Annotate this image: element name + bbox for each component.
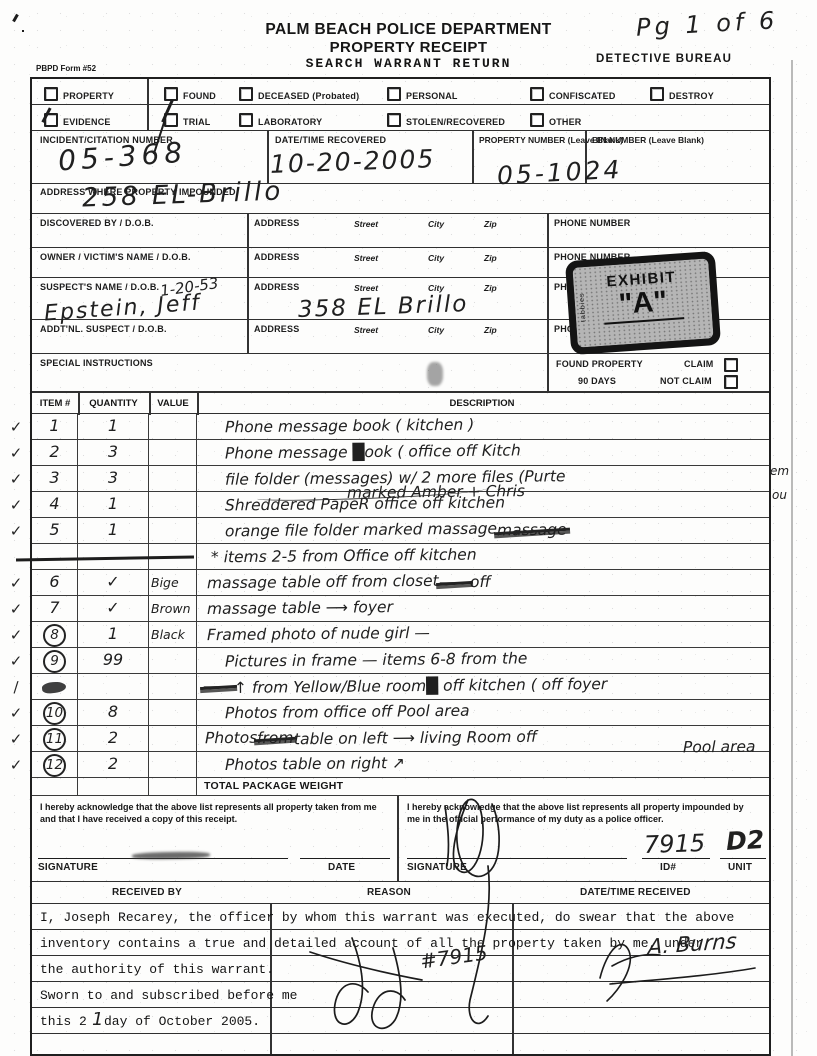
checkbox-square-icon	[650, 87, 664, 101]
item-value: Brown	[149, 601, 191, 616]
typed-text: inventory contains a true and detailed a…	[40, 936, 703, 951]
value-cell	[149, 778, 197, 795]
item-quantity: 3	[108, 468, 118, 487]
item-description: table on left ⟶ living Room off	[294, 725, 537, 753]
phone-label: PHONE NUMBER	[554, 218, 630, 228]
total-package-weight-label: TOTAL PACKAGE WEIGHT	[204, 780, 343, 792]
checkbox-label: PROPERTY	[63, 91, 114, 101]
checkbox-square-icon	[44, 87, 58, 101]
received-by-label: RECEIVED BY	[112, 887, 182, 898]
ack-left-text: I hereby acknowledge that the above list…	[40, 801, 380, 825]
zip-label: Zip	[484, 253, 497, 263]
description-cell: —— ↑ from Yellow/Blue room█ off kitchen …	[197, 674, 769, 699]
cell-divider	[147, 79, 149, 105]
item-number-cell: 7	[32, 596, 78, 621]
exhibit-letter: "A"	[602, 285, 685, 325]
cell-divider	[397, 796, 399, 882]
quantity-cell: 1	[78, 414, 149, 439]
margin-checkmark: ✓	[5, 518, 27, 544]
item-value	[149, 705, 151, 720]
pen-scribble	[41, 681, 66, 694]
item-number: 5	[49, 520, 59, 539]
item-description: Phone message book ( kitchen )	[225, 413, 474, 441]
ninety-days-label: 90 DAYS	[578, 376, 616, 386]
margin-checkmark: ✓	[5, 596, 27, 622]
sworn-line-5: this 2 1 day of October 2005.	[32, 1008, 769, 1034]
item-quantity: 1	[108, 416, 118, 435]
address-label: ADDRESS	[254, 282, 299, 292]
cell-divider	[247, 320, 249, 354]
value-cell	[149, 752, 197, 777]
col-value-header: VALUE	[149, 393, 197, 414]
ack-right-text: I hereby acknowledge that the above list…	[407, 801, 757, 825]
item-number-cell	[32, 544, 78, 569]
quantity-cell: 2	[78, 726, 149, 751]
sworn-line-3: the authority of this warrant.	[32, 956, 769, 982]
item-value	[149, 757, 151, 772]
checkbox-label: STOLEN/RECOVERED	[406, 117, 505, 127]
cell-divider	[547, 278, 549, 320]
unit-value-handwritten: D2	[725, 825, 765, 856]
quantity-cell: 8	[78, 700, 149, 725]
item-quantity: 3	[108, 442, 118, 461]
datetime-received-label: DATE/TIME RECEIVED	[580, 887, 691, 898]
struck-word: massage	[497, 518, 567, 544]
description-cell: * items 2-5 from Office off kitchen	[197, 544, 769, 569]
margin-note: ou	[772, 488, 787, 502]
item-note-row: * items 2-5 from Office off kitchen	[32, 544, 769, 570]
checkbox-label: PERSONAL	[406, 91, 458, 101]
street-label: Street	[354, 219, 378, 229]
address-label: ADDRESS	[254, 218, 299, 228]
item-description: massage table off from closet	[207, 569, 439, 596]
item-value	[149, 653, 151, 668]
item-description: off	[470, 570, 491, 595]
checkbox-label: LABORATORY	[258, 117, 322, 127]
total-weight-row: TOTAL PACKAGE WEIGHT	[32, 778, 769, 796]
margin-note: em	[770, 464, 789, 478]
cell-divider	[547, 214, 549, 248]
item-description: Photos from office off Pool area	[225, 699, 470, 727]
address-label: ADDRESS	[254, 252, 299, 262]
date-label: DATE	[328, 862, 355, 873]
margin-checkmark: ✓	[5, 414, 27, 440]
value-cell	[149, 674, 197, 699]
checkbox-square-icon	[530, 87, 544, 101]
exhibit-sticker: EXHIBIT "A" tabbies	[565, 251, 721, 355]
item-description: Photos table on right ↗	[225, 751, 405, 778]
item-number-cell: 6	[32, 570, 78, 595]
margin-checkmark: ✓	[5, 440, 27, 466]
signature-label: SIGNATURE	[38, 862, 98, 873]
item-row-11: ✓ 11 2 Photos from table on left ⟶ livin…	[32, 726, 769, 752]
checkbox-square-icon	[239, 113, 253, 127]
found-property-label: FOUND PROPERTY	[556, 359, 643, 369]
not-claim-checkbox-icon	[724, 375, 738, 389]
unit-label: UNIT	[728, 862, 752, 873]
item-number-cell	[32, 778, 78, 795]
value-cell: Black	[149, 622, 197, 647]
typed-text: day of October 2005.	[104, 1014, 260, 1029]
item-row-5: ✓ 5 1 orange file folder marked massage …	[32, 518, 769, 544]
quantity-cell: 99	[78, 648, 149, 673]
typed-text: I, Joseph Recarey, the officer by whom t…	[40, 910, 734, 925]
quantity-cell: ✓	[78, 570, 149, 595]
classification-row-1: PROPERTY FOUND DECEASED (Probated) PERSO…	[32, 79, 769, 105]
special-instructions-label: SPECIAL INSTRUCTIONS	[40, 358, 153, 368]
item-quantity: 2	[108, 728, 118, 747]
value-cell	[149, 440, 197, 465]
cell-divider	[547, 320, 549, 354]
margin-checkmark: ✓	[5, 752, 27, 778]
checkbox-property: PROPERTY	[44, 86, 114, 104]
item-quantity: 1	[108, 520, 118, 539]
cell-divider	[472, 131, 474, 184]
street-label: Street	[354, 325, 378, 335]
description-cell: Photos from office off Pool area	[197, 700, 769, 725]
quantity-cell: 1	[78, 492, 149, 517]
checkbox-label: OTHER	[549, 117, 582, 127]
checkbox-laboratory: LABORATORY	[239, 112, 322, 130]
special-instructions-row: SPECIAL INSTRUCTIONS FOUND PROPERTY CLAI…	[32, 354, 769, 392]
cell-divider	[547, 248, 549, 278]
id-value-handwritten: 7915	[644, 829, 706, 859]
quantity-cell: 2	[78, 752, 149, 777]
item-number-cell: 5	[32, 518, 78, 543]
received-by-header-row: RECEIVED BY REASON DATE/TIME RECEIVED	[32, 882, 769, 904]
unit-line	[720, 858, 766, 859]
checkbox-square-icon	[239, 87, 253, 101]
signature-line	[407, 858, 627, 859]
discovered-by-label: DISCOVERED BY / D.O.B.	[40, 218, 154, 228]
checkbox-label: EVIDENCE	[63, 117, 111, 127]
typed-text: the authority of this warrant.	[40, 962, 274, 977]
col-description-header: DESCRIPTION	[362, 393, 602, 414]
value-cell	[149, 648, 197, 673]
item-quantity: 1	[108, 624, 118, 643]
item-description: Framed photo of nude girl —	[207, 621, 430, 648]
checkbox-label: DECEASED (Probated)	[258, 91, 359, 101]
circled-item-number: 9	[43, 650, 66, 673]
item-number: 7	[49, 598, 59, 617]
street-label: Street	[354, 283, 378, 293]
checkbox-personal: PERSONAL	[387, 86, 458, 104]
checkbox-stolen-recovered: STOLEN/RECOVERED	[387, 112, 505, 130]
item-row-2: ✓ 2 3 Phone message █ook ( office off Ki…	[32, 440, 769, 466]
item-number-cell: 11	[32, 726, 78, 751]
col-item-header: ITEM #	[32, 393, 78, 414]
cell-divider	[547, 354, 549, 392]
checkbox-confiscated: CONFISCATED	[530, 86, 616, 104]
item-value	[149, 731, 151, 746]
checkbox-deceased: DECEASED (Probated)	[239, 86, 359, 104]
description-cell: massage table off from closet —— off	[197, 570, 769, 595]
item-number-cell: 12	[32, 752, 78, 777]
claim-label: CLAIM	[684, 359, 714, 369]
margin-checkmark: ✓	[5, 726, 27, 752]
item-description: Phone message █ook ( office off Kitch	[225, 438, 521, 466]
col-quantity-header: QUANTITY	[78, 393, 149, 414]
item-number-cell: 4	[32, 492, 78, 517]
quantity-cell: 1	[78, 518, 149, 543]
checkbox-evidence: EVIDENCE	[44, 112, 111, 130]
checkbox-destroy: DESTROY	[650, 86, 714, 104]
items-header-row: ITEM # QUANTITY VALUE DESCRIPTION	[32, 392, 769, 414]
city-label: City	[428, 325, 444, 335]
value-cell: Bige	[149, 570, 197, 595]
item-row-12: ✓ 12 2 Photos table on right ↗	[32, 752, 769, 778]
item-row-8: ✓ 8 1 Black Framed photo of nude girl —	[32, 622, 769, 648]
item-value: Bige	[149, 575, 179, 590]
claim-checkbox-icon	[724, 358, 738, 372]
date-recovered-label: DATE/TIME RECOVERED	[275, 135, 386, 145]
item-row-1: ✓ 1 1 Phone message book ( kitchen )	[32, 414, 769, 440]
item-value	[149, 419, 151, 434]
sworn-line-4: Sworn to and subscribed before me	[32, 982, 769, 1008]
bureau-label: DETECTIVE BUREAU	[596, 53, 732, 65]
city-label: City	[428, 253, 444, 263]
margin-checkmark: ✓	[5, 622, 27, 648]
item-description: orange file folder marked massage	[225, 517, 497, 545]
description-cell: massage table ⟶ foyer	[197, 596, 769, 621]
owner-victim-label: OWNER / VICTIM'S NAME / D.O.B.	[40, 252, 191, 262]
checkbox-trial: TRIAL	[164, 112, 211, 130]
checkbox-label: DESTROY	[669, 91, 714, 101]
circled-item-number: 8	[43, 624, 66, 647]
date-line	[300, 858, 390, 859]
city-label: City	[428, 219, 444, 229]
stamp-smudge	[427, 362, 443, 386]
quantity-cell	[78, 778, 149, 795]
reason-label: REASON	[367, 887, 411, 898]
item-number: 4	[49, 494, 59, 513]
scanned-property-receipt-page: PALM BEACH POLICE DEPARTMENT PROPERTY RE…	[0, 0, 817, 1056]
item-description: Pictures in frame — items 6-8 from the	[225, 646, 528, 674]
item-description: * items 2-5 from Office off kitchen	[211, 543, 477, 571]
margin-checkmark: ✓	[5, 648, 27, 674]
pen-check-quantity: ✓	[106, 598, 119, 617]
item-description: Photos	[205, 726, 258, 752]
item-row-scribbled: ∕ —— ↑ from Yellow/Blue room█ off kitche…	[32, 674, 769, 700]
item-value	[149, 471, 151, 486]
quantity-cell: 1	[78, 622, 149, 647]
item-quantity: 99	[103, 650, 123, 669]
margin-checkmark: ✓	[5, 570, 27, 596]
value-cell	[149, 466, 197, 491]
item-row-4: ✓ 4 1 Shreddered PapeR office off kitche…	[32, 492, 769, 518]
item-number-cell: 3	[32, 466, 78, 491]
item-value	[149, 523, 151, 538]
cell-divider	[247, 248, 249, 278]
description-cell: Photos table on right ↗	[197, 752, 769, 777]
item-number-cell: 2	[32, 440, 78, 465]
item-value: Black	[149, 627, 185, 642]
item-value	[149, 445, 151, 460]
margin-slash-mark: ∕	[5, 674, 27, 700]
cell-divider	[147, 105, 149, 131]
value-cell	[149, 414, 197, 439]
sticker-brand: tabbies	[578, 292, 587, 322]
circled-item-number: 10	[43, 702, 66, 725]
street-label: Street	[354, 253, 378, 263]
scan-edge-line	[791, 60, 793, 1056]
checkbox-label: TRIAL	[183, 117, 211, 127]
checkbox-square-icon	[530, 113, 544, 127]
item-row-6: ✓ 6 ✓ Bige massage table off from closet…	[32, 570, 769, 596]
item-description: massage table ⟶ foyer	[207, 595, 393, 622]
checkbox-other: OTHER	[530, 112, 582, 130]
acknowledgment-section: I hereby acknowledge that the above list…	[32, 796, 769, 882]
item-number: 1	[49, 416, 59, 435]
circled-item-number: 11	[43, 728, 66, 751]
item-number: 3	[49, 468, 59, 487]
item-quantity: 1	[108, 494, 118, 513]
item-quantity: 2	[108, 754, 118, 773]
checkbox-square-icon	[387, 113, 401, 127]
margin-checkmark: ✓	[5, 466, 27, 492]
description-cell: Shreddered PapeR office off kitchen mark…	[197, 492, 769, 517]
item-number-cell: 9	[32, 648, 78, 673]
struck-word: ——	[439, 570, 470, 595]
quantity-cell: 3	[78, 440, 149, 465]
item-number-cell: 1	[32, 414, 78, 439]
id-label: ID#	[660, 862, 676, 873]
item-row-10: ✓ 10 8 Photos from office off Pool area	[32, 700, 769, 726]
zip-label: Zip	[484, 325, 497, 335]
cell-divider	[247, 278, 249, 320]
discovered-by-row: DISCOVERED BY / D.O.B. ADDRESS Street Ci…	[32, 214, 769, 248]
item-number-cell: 8	[32, 622, 78, 647]
handwritten-day-digit: 1	[92, 1009, 103, 1030]
signature-label: SIGNATURE	[407, 862, 467, 873]
additional-suspect-label: ADDT'NL. SUSPECT / D.O.B.	[40, 324, 167, 334]
ink-speck	[22, 30, 24, 32]
checkbox-label: CONFISCATED	[549, 91, 616, 101]
item-row-7: ✓ 7 ✓ Brown massage table ⟶ foyer	[32, 596, 769, 622]
value-cell	[149, 700, 197, 725]
address-label: ADDRESS	[254, 324, 299, 334]
description-cell: Pictures in frame — items 6-8 from the	[197, 648, 769, 673]
item-number: 6	[49, 572, 59, 591]
value-cell: Brown	[149, 596, 197, 621]
cell-divider	[197, 393, 199, 415]
item-row-9: ✓ 9 99 Pictures in frame — items 6-8 fro…	[32, 648, 769, 674]
form-number: PBPD Form #52	[36, 64, 96, 73]
pen-check-quantity: ✓	[106, 572, 119, 591]
typed-text: this 2	[40, 1014, 87, 1029]
margin-checkmark: ✓	[5, 492, 27, 518]
item-value	[149, 497, 151, 512]
sworn-line-1: I, Joseph Recarey, the officer by whom t…	[32, 904, 769, 930]
checkbox-label: FOUND	[183, 91, 216, 101]
item-number-cell	[32, 674, 78, 699]
form-border-box: PROPERTY FOUND DECEASED (Probated) PERSO…	[30, 77, 771, 1056]
struck-word: from	[257, 726, 294, 751]
description-cell: Phone message █ook ( office off Kitch	[197, 440, 769, 465]
bin-number-label: BIN NUMBER (Leave Blank)	[592, 135, 704, 145]
quantity-cell: ✓	[78, 596, 149, 621]
description-cell: Framed photo of nude girl —	[197, 622, 769, 647]
zip-label: Zip	[484, 219, 497, 229]
margin-checkmark: ✓	[5, 700, 27, 726]
quantity-cell	[78, 674, 149, 699]
checkbox-square-icon	[387, 87, 401, 101]
zip-label: Zip	[484, 283, 497, 293]
typed-text: Sworn to and subscribed before me	[40, 988, 297, 1003]
not-claim-label: NOT CLAIM	[660, 376, 712, 386]
description-cell: orange file folder marked massage massag…	[197, 518, 769, 543]
item-number-cell: 10	[32, 700, 78, 725]
value-cell	[149, 518, 197, 543]
classification-row-2: EVIDENCE TRIAL LABORATORY STOLEN/RECOVER…	[32, 105, 769, 131]
date-recovered-handwritten: 10-20-2005	[270, 144, 436, 179]
description-cell: Phone message book ( kitchen )	[197, 414, 769, 439]
suspect-name-label: SUSPECT'S NAME / D.O.B.	[40, 282, 159, 292]
value-cell	[149, 492, 197, 517]
struck-word: ——	[203, 674, 234, 699]
circled-item-number: 12	[43, 754, 66, 777]
quantity-cell: 3	[78, 466, 149, 491]
exhibit-sticker-face: EXHIBIT "A" tabbies	[572, 258, 713, 347]
item-quantity: 8	[108, 702, 118, 721]
item-number: 2	[49, 442, 59, 461]
value-cell	[149, 726, 197, 751]
description-cell: Photos from table on left ⟶ living Room …	[197, 726, 769, 751]
cell-divider	[247, 214, 249, 248]
item-description: ↑ from Yellow/Blue room█ off kitchen ( o…	[234, 672, 607, 701]
